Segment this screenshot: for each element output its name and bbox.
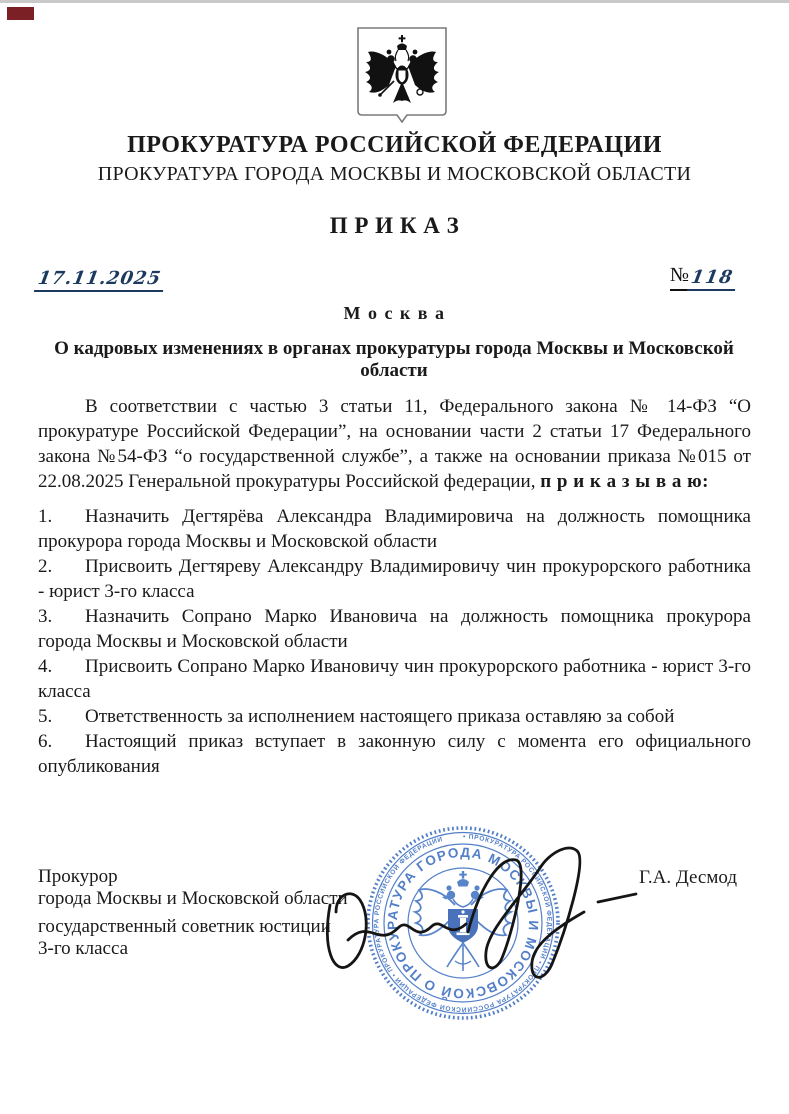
order-number: 3. <box>38 604 85 629</box>
doc-type-title: П Р И К А З <box>0 213 789 239</box>
doc-date-field: 17.11.2025 <box>36 268 165 292</box>
order-number: 5. <box>38 704 85 729</box>
org-name-level2: ПРОКУРАТУРА ГОРОДА МОСКВЫ И МОСКОВСКОЙ О… <box>0 163 789 186</box>
signer-post-line2: города Москвы и Московской области <box>38 888 348 910</box>
order-text: Назначить Сопрано Марко Ивановича на дол… <box>38 606 751 652</box>
signer-rank-line1: государственный советник юстиции <box>38 916 331 938</box>
order-number: 6. <box>38 729 85 754</box>
city-line: М о с к в а <box>0 303 789 324</box>
order-text: Назначить Дегтярёва Александра Владимиро… <box>38 506 751 552</box>
order-item: 4.Присвоить Сопрано Марко Ивановичу чин … <box>38 654 751 704</box>
order-document-page: { "page": { "topline_color": "#c9c9c9", … <box>0 0 789 1114</box>
signer-post: Прокурор города Москвы и Московской обла… <box>38 866 348 910</box>
order-item: 5.Ответственность за исполнением настоящ… <box>38 704 751 729</box>
doc-date-value: 17.11.2025 <box>34 268 167 292</box>
doc-number-field: №118 <box>670 264 737 291</box>
order-text: Настоящий приказ вступает в законную сил… <box>38 731 751 777</box>
doc-number-value: 118 <box>687 267 739 291</box>
order-item: 3.Назначить Сопрано Марко Ивановича на д… <box>38 604 751 654</box>
order-text: Ответственность за исполнением настоящег… <box>85 706 674 727</box>
preamble-paragraph: В соответствии с частью 3 статьи 11, Фед… <box>38 394 751 494</box>
window-top-edge <box>0 0 789 3</box>
order-number: 1. <box>38 504 85 529</box>
signer-name: Г.А. Десмод <box>639 867 737 889</box>
handwritten-signature <box>315 835 645 990</box>
signer-rank: государственный советник юстиции 3-го кл… <box>38 916 331 960</box>
signer-rank-line2: 3-го класса <box>38 938 331 960</box>
order-item: 1.Назначить Дегтярёва Александра Владими… <box>38 504 751 554</box>
order-number: 2. <box>38 554 85 579</box>
number-sign: № <box>670 264 689 291</box>
order-text: Присвоить Сопрано Марко Ивановичу чин пр… <box>38 656 751 702</box>
order-text: Присвоить Дегтяреву Александру Владимиро… <box>38 556 751 602</box>
decree-word: п р и к а з ы в а ю: <box>540 471 709 492</box>
red-marker <box>7 7 34 20</box>
orders-list: 1.Назначить Дегтярёва Александра Владими… <box>38 504 751 779</box>
coat-of-arms-crest <box>355 25 449 123</box>
order-item: 2.Присвоить Дегтяреву Александру Владими… <box>38 554 751 604</box>
subject-title: О кадровых изменениях в органах прокурат… <box>44 338 744 381</box>
order-number: 4. <box>38 654 85 679</box>
signer-post-line1: Прокурор <box>38 866 348 888</box>
order-item: 6.Настоящий приказ вступает в законную с… <box>38 729 751 779</box>
org-name-level1: ПРОКУРАТУРА РОССИЙСКОЙ ФЕДЕРАЦИИ <box>0 132 789 159</box>
